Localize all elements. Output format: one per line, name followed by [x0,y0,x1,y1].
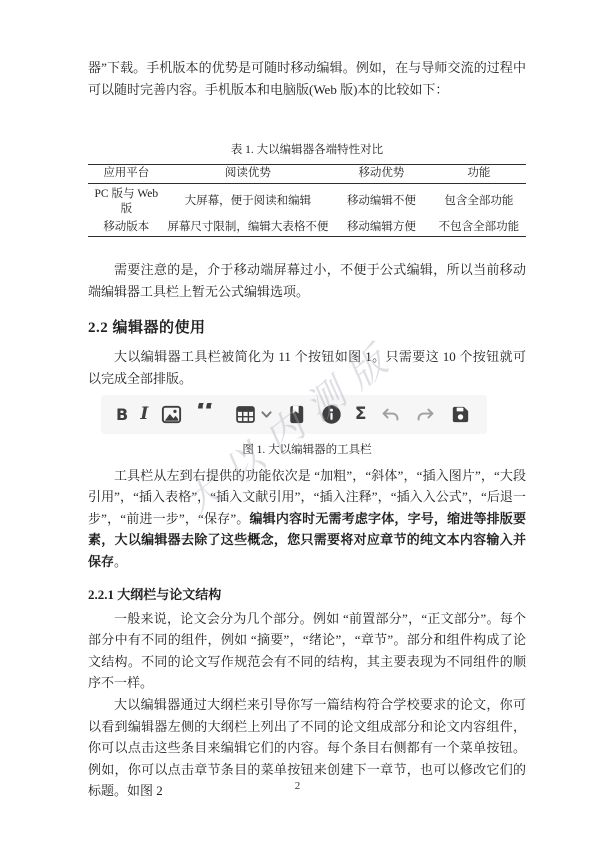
paragraph-continuation: 器”下载。手机版本的优势是可随时移动编辑。例如，在与导师交流的过程中可以随时完善… [88,57,526,100]
paragraph-toolbar-intro: 大以编辑器工具栏被简化为 11 个按钮如图 1。只需要这 10 个按钮就可以完成… [88,346,526,389]
section-heading-2-2: 2.2 编辑器的使用 [88,316,526,337]
table-header-row: 应用平台 阅读优势 移动优势 功能 [88,165,526,184]
italic-icon: I [140,402,148,426]
table-row: 移动版本 屏幕尺寸限制，编辑大表格不便 移动编辑方便 不包含全部功能 [88,219,526,237]
block-quote-icon: “ [195,403,221,425]
redo-icon [414,402,437,426]
toolbar-screenshot-image: B I “ [101,395,487,434]
table-caption: 表 1. 大以编辑器各端特性对比 [88,143,526,158]
table-cell: 大屏幕，便于阅读和编辑 [165,183,331,219]
document-page: 大以内测版 器”下载。手机版本的优势是可随时移动编辑。例如，在与导师交流的过程中… [0,0,595,842]
table-header-platform: 应用平台 [88,165,165,184]
paragraph-note: 需要注意的是，介于移动端屏幕过小，不便于公式编辑，所以当前移动端编辑器工具栏上暂… [88,259,526,302]
bold-icon: B [116,402,128,426]
insert-table-group [234,402,273,426]
section-heading-2-2-1: 2.2.1 大纲栏与论文结构 [88,584,526,603]
insert-image-icon [160,402,183,426]
table-cell: 屏幕尺寸限制，编辑大表格不便 [165,219,331,237]
undo-icon [379,402,402,426]
insert-citation-icon [285,402,308,426]
table-header-features: 功能 [432,165,526,184]
formula-sigma-icon: Σ [355,402,367,426]
table-cell: 移动编辑不便 [331,183,432,219]
toolbar-functions-end: 。 [114,554,127,569]
comparison-table: 应用平台 阅读优势 移动优势 功能 PC 版与 Web 版 大屏幕，便于阅读和编… [88,164,526,237]
page-number: 2 [0,780,595,792]
chevron-down-icon [260,402,273,426]
table-cell: 移动版本 [88,219,165,237]
table-cell: 包含全部功能 [432,183,526,219]
save-icon [449,402,472,426]
table-header-mobility: 移动优势 [331,165,432,184]
paragraph-toolbar-functions: 工具栏从左到右提供的功能依次是 “加粗”，“斜体”，“插入图片”，“大段引用”，… [88,465,526,573]
page-content: 器”下载。手机版本的优势是可随时移动编辑。例如，在与导师交流的过程中可以随时完善… [0,0,595,802]
info-icon [320,402,343,426]
table-cell: 不包含全部功能 [432,219,526,237]
table-row: PC 版与 Web 版 大屏幕，便于阅读和编辑 移动编辑不便 包含全部功能 [88,183,526,219]
table-header-reading: 阅读优势 [165,165,331,184]
table-cell: PC 版与 Web 版 [88,183,165,219]
table-cell: 移动编辑方便 [331,219,432,237]
figure-caption: 图 1. 大以编辑器的工具栏 [88,443,526,458]
insert-table-icon [234,402,257,426]
paragraph-structure: 一般来说，论文会分为几个部分。例如 “前置部分”，“正文部分”。每个部分中有不同… [88,608,526,694]
